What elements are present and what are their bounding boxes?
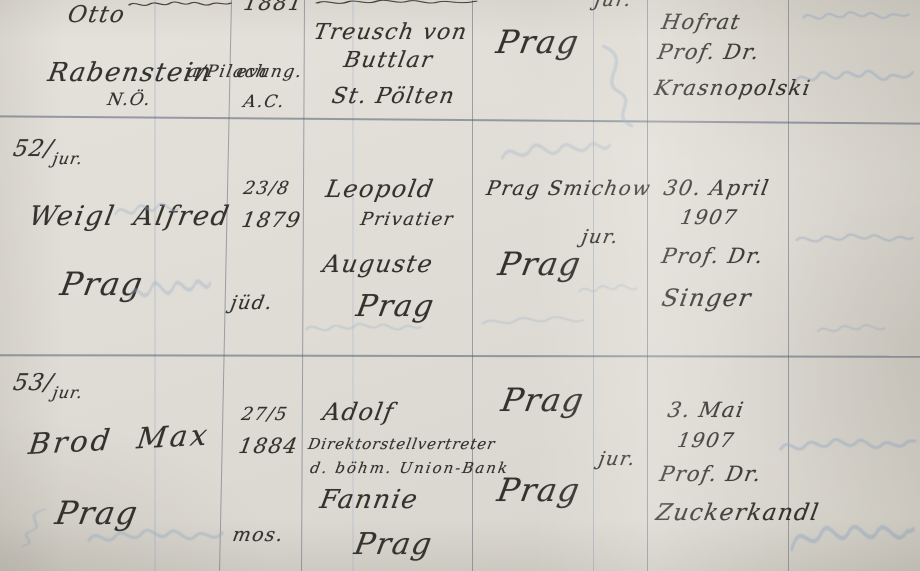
entry-number-value: 52/: [11, 136, 56, 162]
father-occupation: Privatier: [359, 211, 455, 229]
father-occupation-line2: d. böhm. Union-Bank: [309, 461, 510, 476]
exam-date: 30. April: [662, 178, 771, 199]
faculty-note: jur.: [597, 450, 638, 469]
birth-date: 23/8: [242, 180, 292, 198]
ink-bleedthrough-mark: [3, 506, 59, 548]
ink-bleedthrough-mark: [128, 260, 212, 318]
cutoff-handwriting-fragment: [126, 0, 234, 11]
entry-number-faculty: jur.: [51, 383, 85, 402]
residence-region: N.Ö.: [106, 92, 153, 109]
column-rule-3: [472, 0, 473, 571]
faculty-note: jur.: [580, 228, 621, 247]
father-name: Leopold: [324, 177, 436, 201]
exam-year: 1907: [676, 430, 736, 450]
birth-date: 27/5: [240, 406, 290, 424]
ink-bleedthrough-mark: [112, 190, 182, 230]
religion: jüd.: [229, 294, 275, 313]
entry-number: 52/ jur.: [10, 136, 87, 168]
ink-bleedthrough-mark: [588, 42, 650, 130]
row-rule-1: [0, 115, 920, 124]
birthplace: Prag: [499, 384, 587, 416]
religion-line1: evang.: [235, 64, 304, 81]
row-rule-2: [0, 354, 920, 357]
examiner-title: Prof. Dr.: [658, 464, 764, 485]
birth-year: 1879: [240, 210, 303, 231]
given-name: Otto: [66, 4, 127, 27]
home-town: Prag: [495, 474, 583, 506]
entry-number-faculty: jur.: [51, 149, 85, 168]
register-page-scan: Otto 1881 Rabenstein a/Pilach N.Ö. evang…: [0, 0, 920, 571]
examiner-title-line2: Prof. Dr.: [656, 42, 762, 63]
examiner-name: Singer: [660, 286, 754, 310]
ink-bleedthrough-mark: [788, 505, 916, 565]
religion: mos.: [231, 526, 286, 545]
birth-year: 1884: [237, 436, 300, 457]
ink-bleedthrough-mark: [793, 58, 915, 94]
home-town: Prag: [496, 248, 584, 280]
exam-date: 3. Mai: [666, 400, 746, 421]
birth-year-partial: 1881: [242, 0, 305, 14]
ink-bleedthrough-mark: [500, 126, 612, 174]
mother-name: Fannie: [318, 487, 421, 513]
entry-number: 53/ jur.: [10, 370, 87, 402]
father-name: Adolf: [321, 400, 396, 424]
birthplace: Prag: [494, 26, 582, 58]
ink-bleedthrough-mark: [800, 3, 912, 29]
ink-bleedthrough-mark: [793, 224, 915, 254]
religion-line2: A.C.: [242, 94, 286, 111]
parent-place: St. Pölten: [330, 86, 457, 108]
ink-bleedthrough-mark: [86, 514, 234, 558]
entry-number-value: 53/: [11, 370, 56, 396]
faculty-note: jur.: [593, 0, 634, 10]
ink-bleedthrough-mark: [814, 316, 888, 342]
cutoff-handwriting-fragment: [314, 0, 479, 9]
examiner-name: Krasnopolski: [653, 78, 813, 99]
mother-name: Auguste: [321, 252, 436, 276]
column-rule-2: [301, 0, 305, 571]
parent-name-line1: Treusch von: [312, 22, 469, 44]
father-occupation-line1: Direktorstellvertreter: [307, 437, 497, 452]
parent-name-line2: Buttlar: [342, 50, 435, 72]
parents-residence: Prag: [352, 530, 435, 560]
ink-bleedthrough-mark: [477, 308, 589, 334]
column-rule-1: [219, 0, 232, 571]
examiner-title: Prof. Dr.: [660, 246, 766, 267]
exam-year: 1907: [679, 207, 739, 227]
ink-bleedthrough-mark: [778, 424, 918, 466]
examiner-title-line1: Hofrat: [660, 12, 742, 33]
ink-bleedthrough-mark: [576, 276, 640, 302]
birthplace: Prag Smichow: [485, 178, 653, 198]
ink-bleedthrough-mark: [303, 314, 423, 342]
student-name: Brod Max: [27, 421, 212, 459]
